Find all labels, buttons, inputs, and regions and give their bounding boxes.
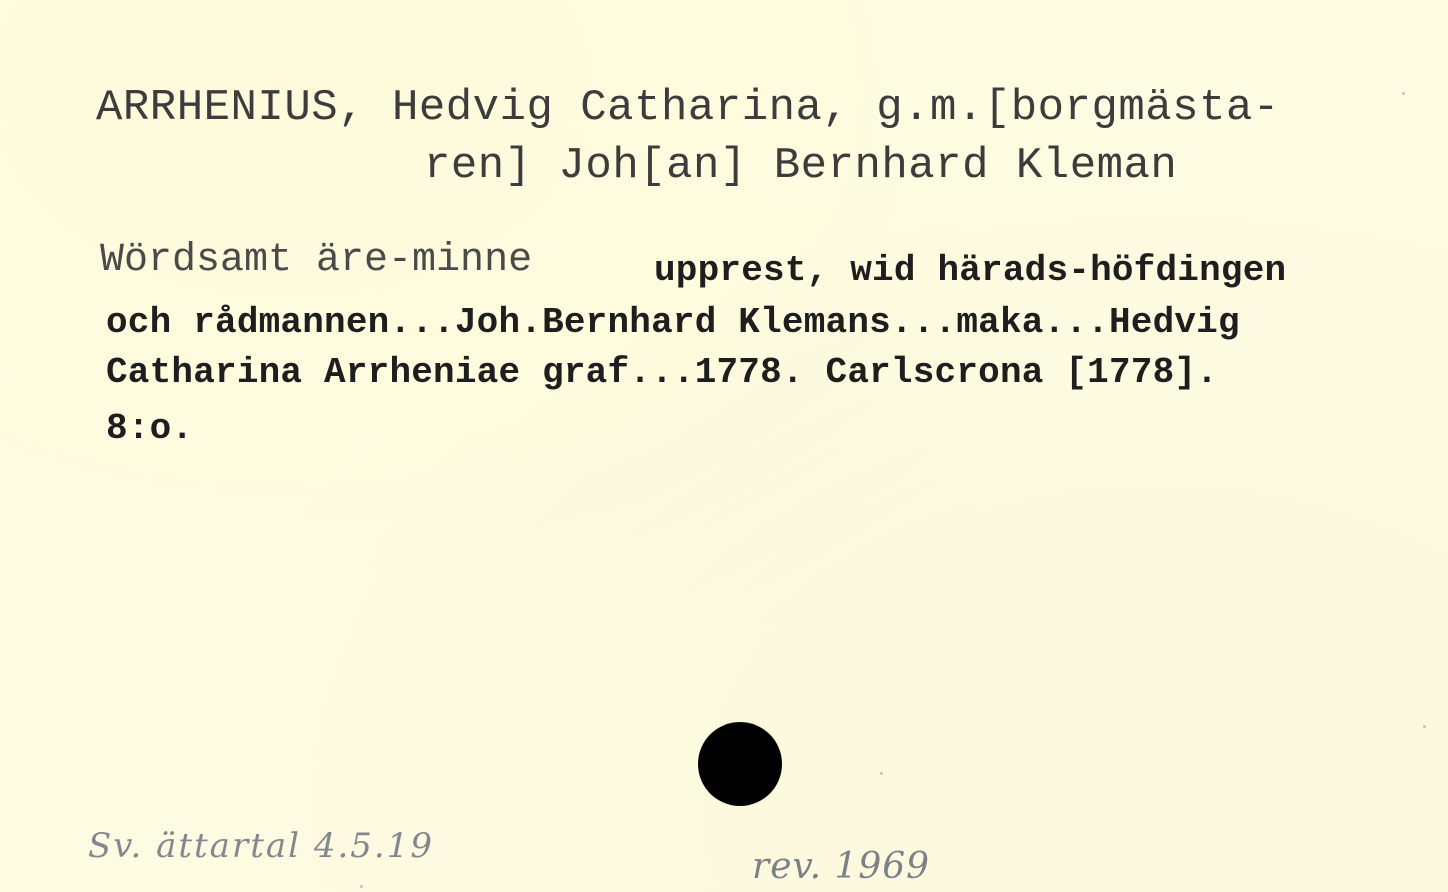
title-line-1: och rådmannen...Joh.Bernhard Klemans...m… — [106, 302, 1240, 343]
heading-line-2: ren] Joh[an] Bernhard Kleman — [424, 144, 1177, 188]
title-line-0: upprest, wid härads-höfdingen — [654, 250, 1286, 291]
paper-speck — [1402, 92, 1405, 95]
punch-hole — [698, 722, 782, 806]
catalog-card: ARRHENIUS, Hedvig Catharina, g.m.[borgmä… — [0, 0, 1448, 892]
paper-speck — [880, 772, 883, 775]
handwritten-source-note: Sv. ättartal 4.5.19 — [88, 826, 434, 866]
paper-speck — [1423, 725, 1426, 728]
format-note: 8:o. — [106, 408, 193, 449]
paper-speck — [360, 885, 363, 888]
heading-line-1: ARRHENIUS, Hedvig Catharina, g.m.[borgmä… — [96, 86, 1280, 130]
title-lead: Wördsamt äre-minne — [100, 238, 532, 283]
handwritten-revision-note: rev. 1969 — [752, 846, 930, 887]
title-line-2: Catharina Arrheniae graf...1778. Carlscr… — [106, 352, 1218, 393]
